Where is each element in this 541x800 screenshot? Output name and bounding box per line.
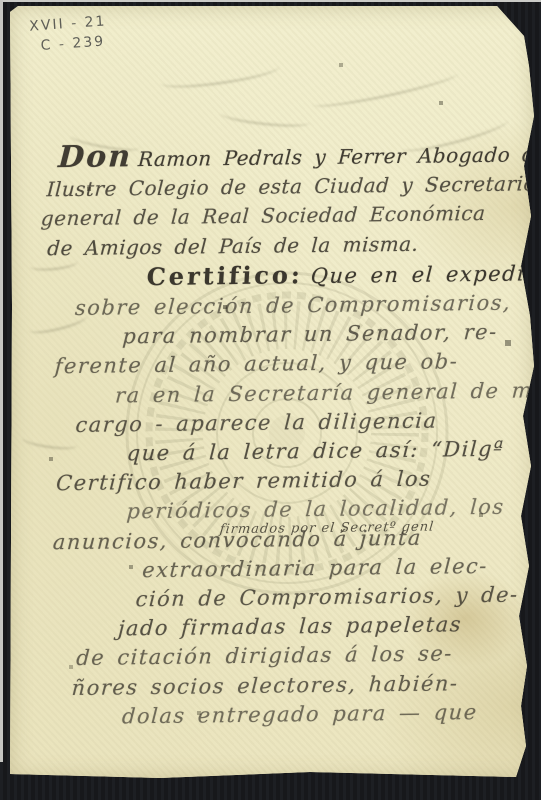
opening-lead: Don (57, 139, 139, 175)
bleed-through-mark (310, 66, 460, 113)
manuscript-text: DonRamon Pedrals y Ferrer Abogado del Il… (10, 137, 541, 732)
manuscript-line-text: Que en el expediente, (310, 261, 541, 288)
scan-edge-highlight-top (0, 0, 541, 2)
bleed-through-mark (159, 58, 280, 93)
manuscript-line-text: Ramon Pedrals y Ferrer Abogado del (137, 142, 541, 171)
interline-insertion: firmados por el Secretº genl (219, 520, 435, 538)
annotation-line: C - 239 (40, 31, 108, 56)
scanned-document: XVII - 21 C - 239 DonRamon Pedrals y Fer… (0, 0, 541, 800)
scan-edge-highlight-left (0, 0, 3, 762)
manuscript-page: XVII - 21 C - 239 DonRamon Pedrals y Fer… (10, 6, 534, 778)
paper-specks (10, 6, 12, 8)
archival-annotation: XVII - 21 C - 239 (29, 11, 109, 56)
bleed-through-mark (220, 106, 311, 129)
manuscript-line: dolas entregado para — que (121, 697, 541, 731)
certifico-lead: Certifico: (146, 260, 312, 291)
manuscript-line: Certifico:Que en el expediente, (146, 257, 537, 293)
